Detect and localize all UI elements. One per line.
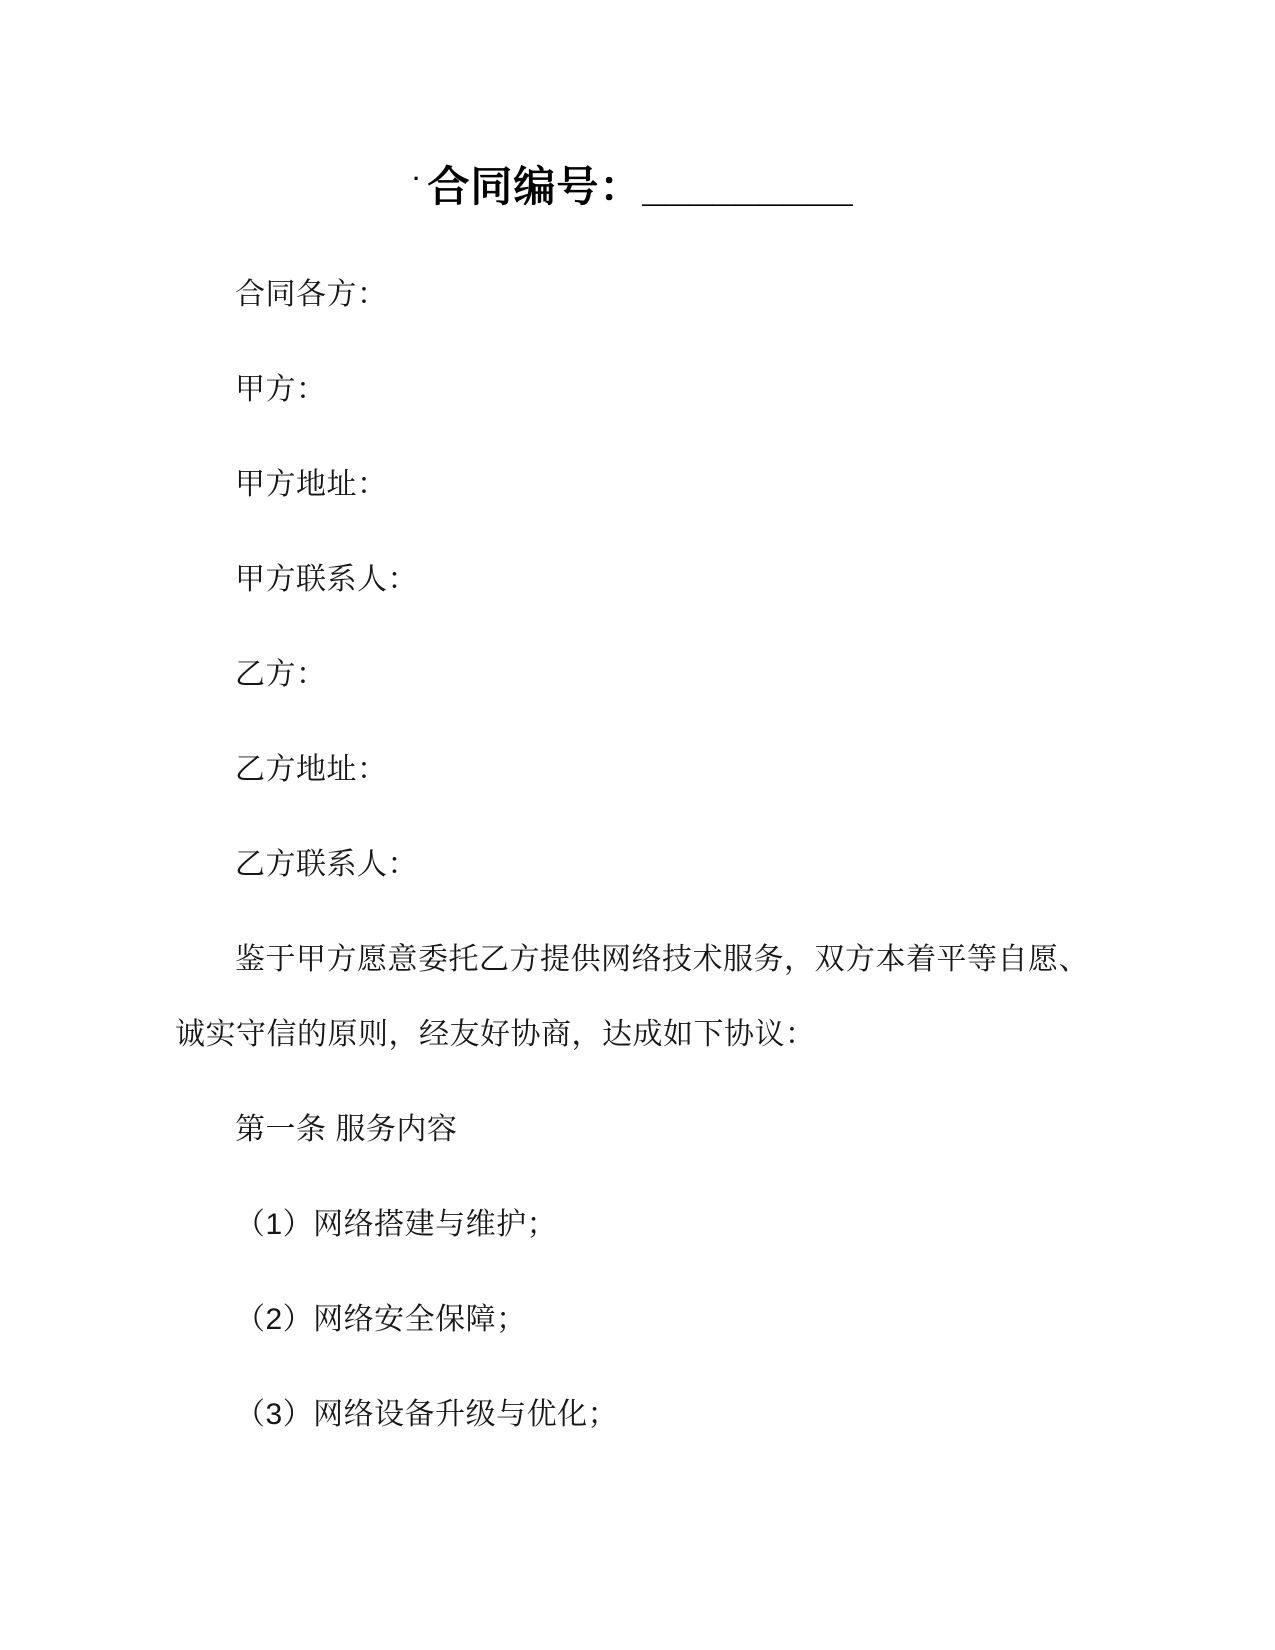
- doc-line-party-a-contact: 甲方联系人：: [175, 563, 1115, 597]
- doc-line-party-b: 乙方：: [175, 658, 1115, 692]
- doc-line-party-b-contact: 乙方联系人：: [175, 848, 1115, 882]
- doc-line-party-a-address: 甲方地址：: [175, 468, 1115, 502]
- doc-line-service-item-1: （1）网络搭建与维护；: [175, 1208, 1115, 1242]
- doc-line-preamble-2: 诚实守信的原则，经友好协商，达成如下协议：: [175, 1018, 1115, 1052]
- doc-line-article-1-heading: 第一条 服务内容: [175, 1113, 1115, 1147]
- contract-document-page: ·合同编号：_________ 合同各方： 甲方： 甲方地址： 甲方联系人： 乙…: [0, 0, 1275, 1650]
- doc-line-preamble-1: 鉴于甲方愿意委托乙方提供网络技术服务，双方本着平等自愿、: [175, 943, 1115, 977]
- doc-line-party-a: 甲方：: [175, 373, 1115, 407]
- document-title: ·合同编号：_________: [413, 152, 1115, 214]
- bullet-dot: ·: [413, 166, 421, 191]
- doc-line-parties-heading: 合同各方：: [175, 278, 1115, 312]
- doc-line-service-item-3: （3）网络设备升级与优化；: [175, 1398, 1115, 1432]
- doc-line-service-item-2: （2）网络安全保障；: [175, 1303, 1115, 1337]
- contract-number-label: 合同编号：: [427, 163, 642, 210]
- doc-line-party-b-address: 乙方地址：: [175, 753, 1115, 787]
- contract-number-blank-line: _________: [642, 163, 852, 210]
